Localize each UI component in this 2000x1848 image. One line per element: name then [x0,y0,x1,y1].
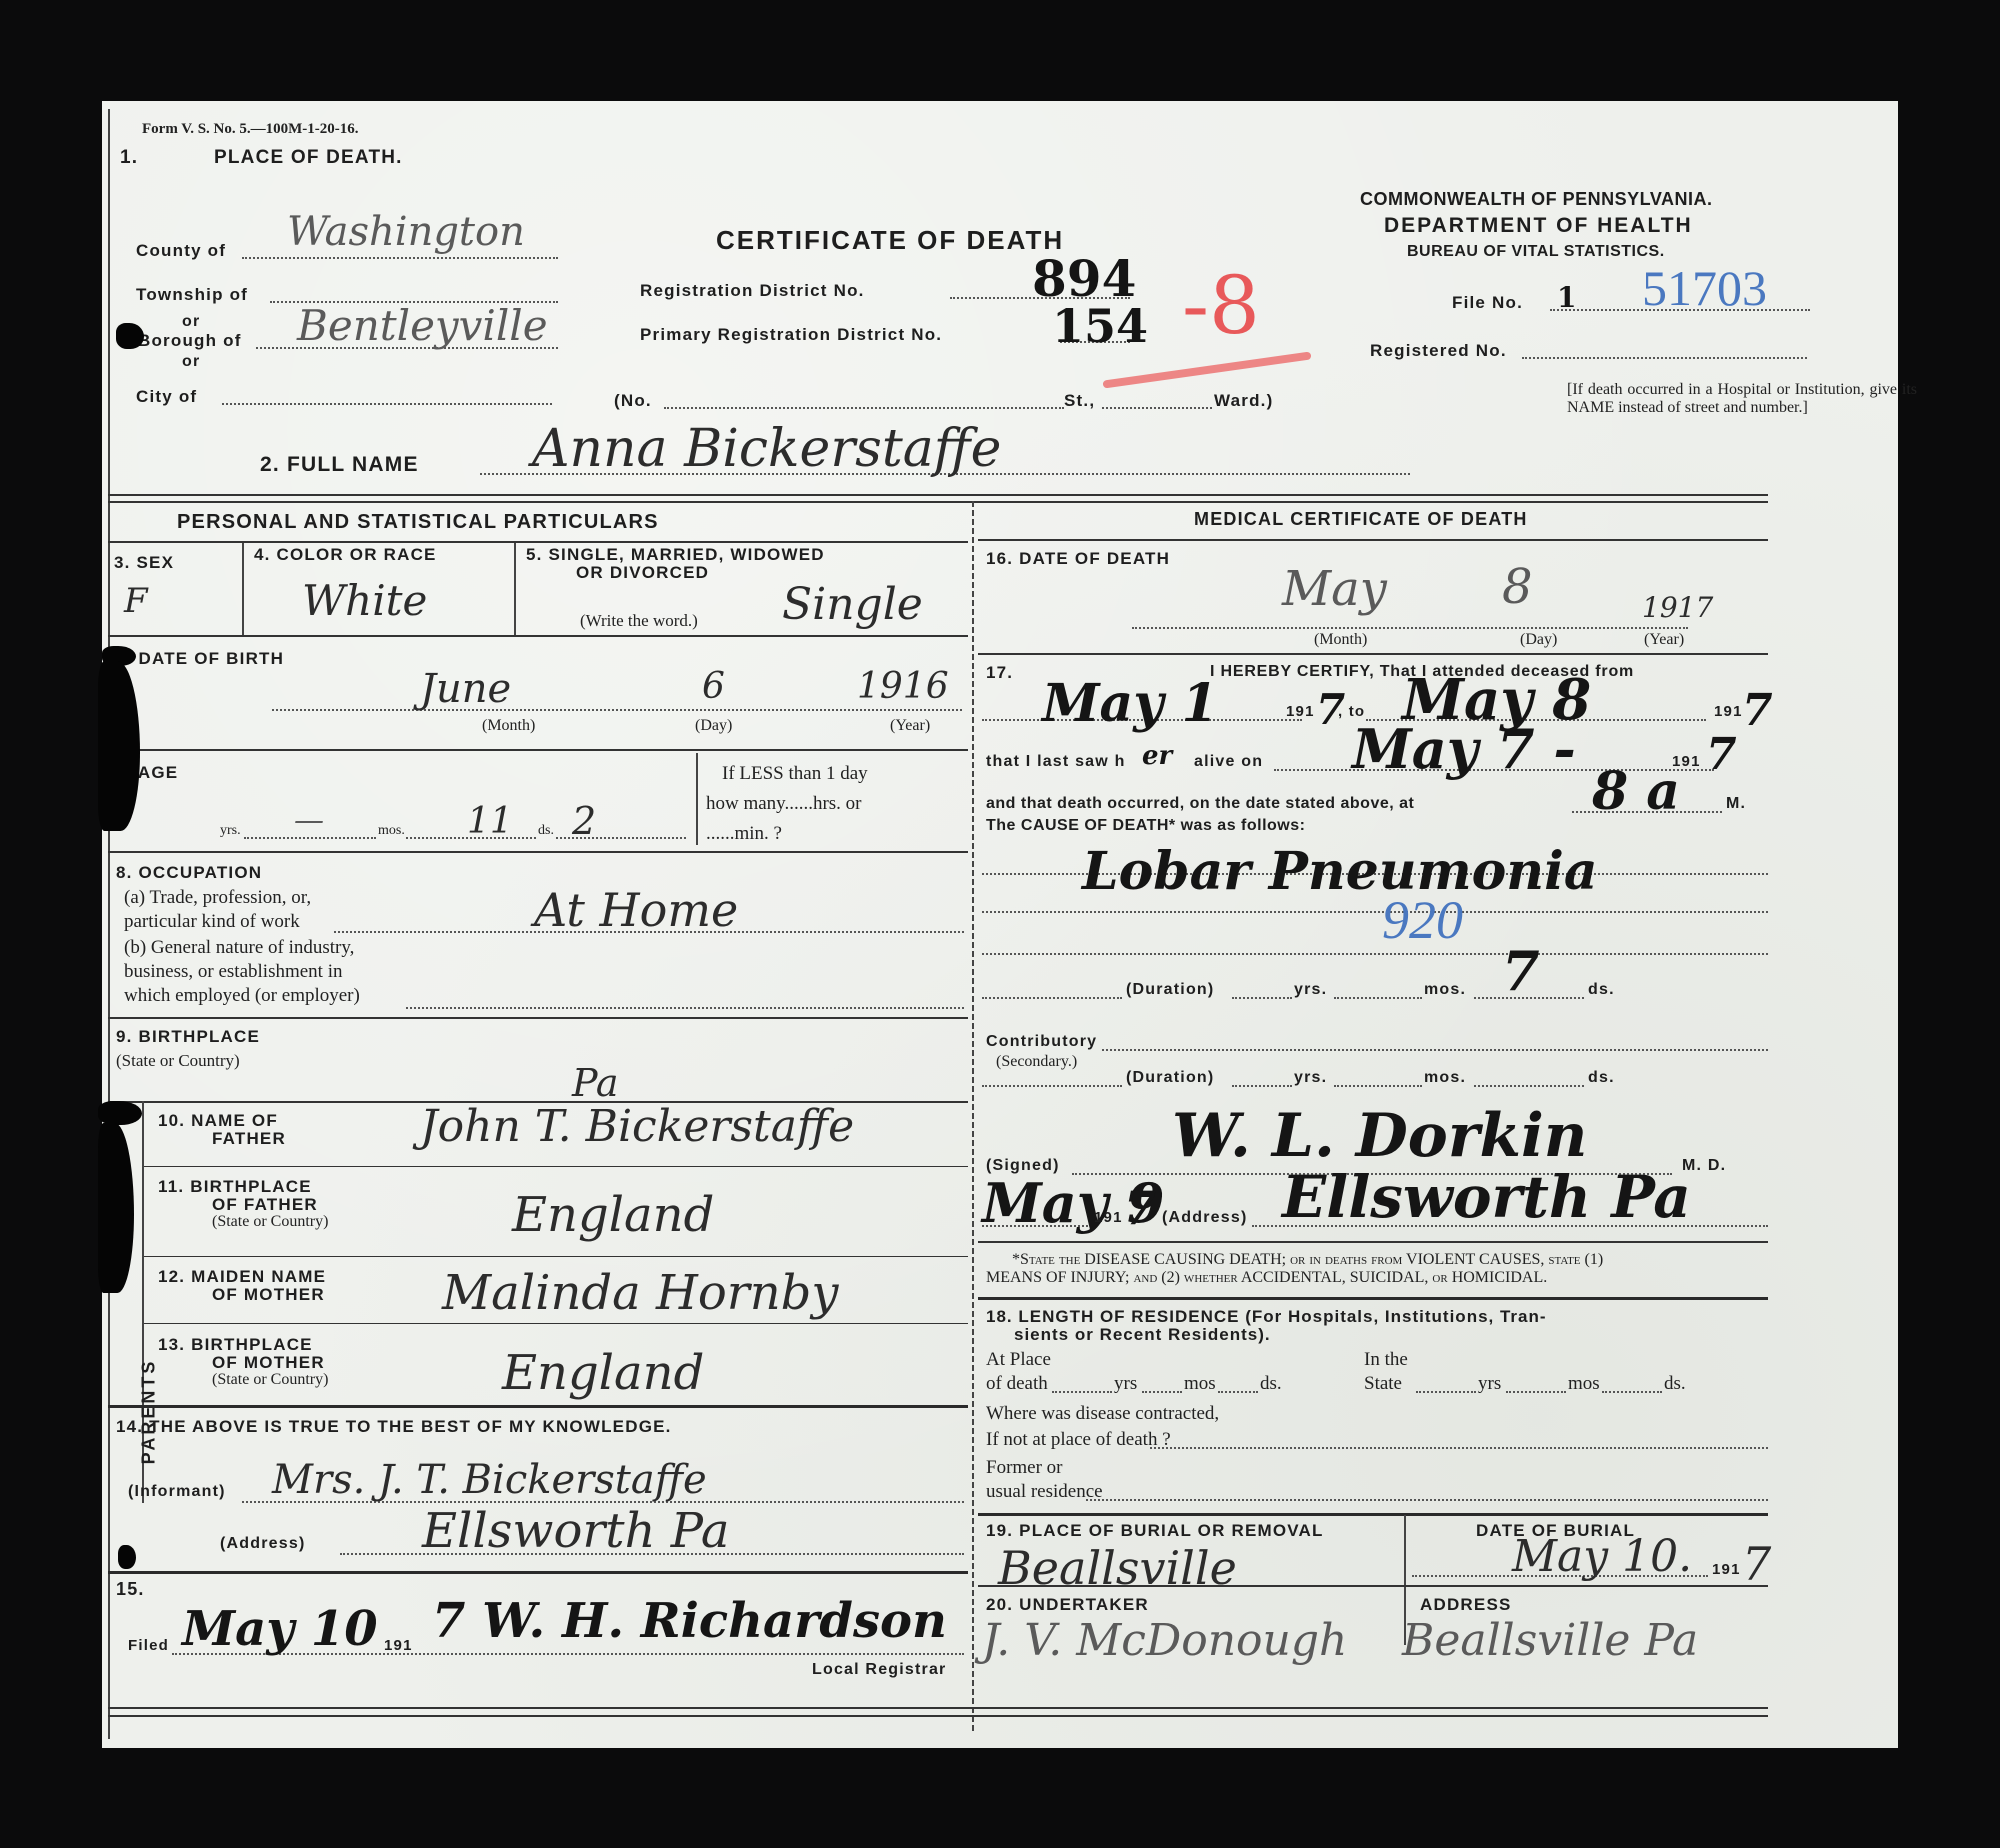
personal-particulars-heading: PERSONAL AND STATISTICAL PARTICULARS [177,511,659,534]
footnote-line-1: *State the DISEASE CAUSING DEATH; or in … [1012,1251,1603,1269]
race-value[interactable]: White [302,576,427,625]
mother-maiden-name-label-2: OF MOTHER [212,1285,325,1305]
binder-mark [98,661,140,831]
informant-label: (Informant) [128,1483,226,1501]
month-caption: (Month) [482,717,535,735]
county-label: County of [136,241,226,261]
parents-side-label: PARENTS [138,1359,159,1465]
death-certificate-page: Form V. S. No. 5.—100M-1-20-16. 1. PLACE… [102,101,1898,1748]
hospital-note: [If death occurred in a Hospital or Inst… [1567,381,1917,417]
contracted-label-2: If not at place of death ? [986,1429,1171,1451]
primary-district-label: Primary Registration District No. [640,325,942,345]
cause-of-death-value[interactable]: Lobar Pneumonia [1082,841,1598,902]
father-birthplace-label-2: OF FATHER [212,1195,318,1215]
mother-birthplace-label-2: OF MOTHER [212,1353,325,1373]
binder-mark [116,323,144,349]
alive-on-label: alive on [1194,753,1263,771]
registration-district-label: Registration District No. [640,281,865,301]
res-yrs-label: yrs [1478,1373,1501,1395]
father-name-value[interactable]: John T. Bickerstaffe [420,1101,854,1152]
m-label: M. [1726,795,1746,813]
city-label: City of [136,387,197,407]
mother-birthplace-value[interactable]: England [502,1345,704,1401]
marital-status-value[interactable]: Single [782,579,923,630]
occupation-label: 8. OCCUPATION [116,863,262,883]
registrar-signature[interactable]: 7 W. H. Richardson [432,1593,947,1649]
secondary-label: (Secondary.) [996,1053,1077,1071]
length-of-residence-label: 18. LENGTH OF RESIDENCE (For Hospitals, … [986,1307,1547,1327]
ward-label: Ward.) [1214,391,1273,411]
local-registrar-caption: Local Registrar [812,1661,946,1679]
address-no-label: (No. [614,391,652,411]
red-pencil-underline [1102,351,1311,388]
last-saw-pronoun[interactable]: er [1142,741,1172,771]
last-saw-year[interactable]: 7 [1706,729,1737,780]
certificate-title: CERTIFICATE OF DEATH [716,225,1064,256]
last-saw-label: that I last saw h [986,753,1126,771]
primary-district-value[interactable]: 154 [1052,299,1148,353]
mother-maiden-name-value[interactable]: Malinda Hornby [442,1265,838,1321]
residence-state-yrs-field[interactable] [1416,1391,1476,1393]
less-than-day-minutes: ......min. ? [706,823,782,845]
section-1-number: 1. [120,147,138,169]
mos-label: mos. [1424,1069,1466,1087]
file-number-stamp[interactable]: 51703 [1642,259,1767,317]
date-of-birth-label: 6. DATE OF BIRTH [116,649,284,669]
sex-label: 3. SEX [114,553,174,573]
filed-date-value[interactable]: May 10 [182,1601,378,1657]
employer-field[interactable] [406,1007,964,1009]
occupation-b-label-3: which employed (or employer) [124,985,360,1007]
undertaker-address-label: ADDRESS [1420,1595,1512,1615]
registered-number-field[interactable] [1522,357,1807,359]
undertaker-address-value[interactable]: Beallsville Pa [1402,1615,1698,1666]
dod-month-value[interactable]: May [1282,561,1387,617]
filed-section-number: 15. [116,1579,145,1600]
column-divider [972,501,974,1731]
agency-commonwealth: COMMONWEALTH OF PENNSYLVANIA. [1360,189,1712,210]
informant-heading: 14. THE ABOVE IS TRUE TO THE BEST OF MY … [116,1417,672,1437]
file-number-label: File No. [1452,293,1523,313]
death-time-label: and that death occurred, on the date sta… [986,795,1414,813]
res-ds-label: ds. [1260,1373,1282,1395]
or-label: or [182,313,200,331]
footnote-line-2: MEANS OF INJURY; and (2) whether ACCIDEN… [986,1269,1547,1287]
burial-date-value[interactable]: May 10. [1512,1531,1692,1582]
place-of-death-heading: PLACE OF DEATH. [214,147,403,169]
residence-state-mos-field[interactable] [1506,1391,1566,1393]
dob-month-value[interactable]: June [420,666,511,712]
dod-day-value[interactable]: 8 [1502,559,1533,615]
mother-maiden-name-label: 12. MAIDEN NAME [158,1267,326,1287]
dod-day-caption: (Day) [1520,631,1557,649]
death-time-value[interactable]: 8 a [1592,761,1680,822]
agency-department: DEPARTMENT OF HEALTH [1384,214,1693,238]
occupation-value[interactable]: At Home [534,883,738,937]
race-label: 4. COLOR OR RACE [254,545,437,565]
occupation-a-label-2: particular kind of work [124,911,300,933]
birthplace-label: 9. BIRTHPLACE [116,1027,260,1047]
father-birthplace-label: 11. BIRTHPLACE [158,1177,312,1197]
undertaker-value[interactable]: J. V. McDonough [982,1615,1347,1666]
attended-to-year[interactable]: 7 [1742,685,1773,736]
left-border-line [108,109,110,1739]
birthplace-hint: (State or Country) [116,1051,240,1071]
borough-label: Borough of [138,331,242,351]
father-birthplace-hint: (State or Country) [212,1213,328,1231]
informant-address-label: (Address) [220,1535,305,1553]
father-birthplace-value[interactable]: England [512,1187,714,1243]
ds-label: ds. [1588,981,1615,999]
day-caption: (Day) [695,717,732,735]
full-name-label: 2. FULL NAME [260,453,419,477]
mother-birthplace-hint: (State or Country) [212,1371,328,1389]
res-yrs-label: yrs [1114,1373,1137,1395]
former-residence-field[interactable] [1086,1499,1768,1501]
year-caption: (Year) [890,717,930,735]
undertaker-label: 20. UNDERTAKER [986,1595,1149,1615]
res-mos-label: mos [1568,1373,1600,1395]
res-ds-label: ds. [1664,1373,1686,1395]
township-label: Township of [136,285,248,305]
at-place-label: At Place [986,1349,1051,1371]
residence-place-yrs-field[interactable] [1052,1391,1112,1393]
yrs-label: yrs. [1294,1069,1327,1087]
binder-mark [98,1101,142,1125]
residence-state-ds-field[interactable] [1602,1391,1662,1393]
cause-of-death-label: The CAUSE OF DEATH* was as follows: [986,817,1305,835]
age-months-value[interactable]: 11 [467,801,513,842]
informant-address-value[interactable]: Ellsworth Pa [422,1503,730,1559]
residence-place-mos-field[interactable] [1142,1391,1182,1393]
in-the-label: In the [1364,1349,1408,1371]
father-name-label: 10. NAME OF [158,1111,278,1131]
street-label: St., [1064,391,1095,411]
registered-number-label: Registered No. [1370,341,1507,361]
attended-from-value[interactable]: May 1 [1042,673,1218,734]
filed-label: Filed [128,1637,169,1654]
contributory-field[interactable] [1102,1049,1768,1051]
county-value[interactable]: Washington [287,209,525,255]
year-prefix: 191 [1094,1209,1123,1226]
sex-value[interactable]: F [124,581,148,621]
file-number-prefix: 1 [1557,281,1576,314]
less-than-day-hours: how many......hrs. or [706,793,862,815]
age-yrs-label: yrs. [220,823,241,839]
birthplace-value[interactable]: Pa [572,1061,619,1105]
dob-day-value[interactable]: 6 [702,666,725,707]
dod-month-caption: (Month) [1314,631,1367,649]
marital-status-label-2: OR DIVORCED [576,563,709,583]
street-address-field[interactable] [664,407,1064,409]
res-mos-label: mos [1184,1373,1216,1395]
age-ds-label: ds. [538,823,554,839]
physician-signature[interactable]: W. L. Dorkin [1172,1101,1587,1171]
ward-field[interactable] [1102,407,1212,409]
agency-bureau: BUREAU OF VITAL STATISTICS. [1407,243,1665,261]
ds-label: ds. [1588,1069,1615,1087]
borough-value[interactable]: Bentleyville [297,301,548,350]
certify-section-number: 17. [986,663,1013,683]
signed-year[interactable]: 7 [1124,1181,1156,1235]
age-years-value[interactable]: — [294,803,324,838]
length-of-residence-label-2: sients or Recent Residents). [1014,1325,1271,1345]
yrs-label: yrs. [1294,981,1327,999]
contributory-label: Contributory [986,1033,1097,1051]
contracted-label: Where was disease contracted, [986,1403,1219,1425]
burial-place-label: 19. PLACE OF BURIAL OR REMOVAL [986,1521,1324,1541]
age-mos-label: mos. [378,823,405,839]
binder-mark [98,1123,134,1293]
year-prefix: 191 [1714,703,1743,720]
informant-value[interactable]: Mrs. J. T. Bickerstaffe [272,1457,707,1503]
less-than-day-note: If LESS than 1 day [722,763,868,785]
date-of-death-label: 16. DATE OF DEATH [986,549,1170,569]
occupation-b-label-2: business, or establishment in [124,961,342,983]
duration-days-value[interactable]: 7 [1502,939,1540,1003]
year-prefix: 191 [1712,1561,1741,1578]
duration-label: (Duration) [1126,981,1214,999]
age-days-value[interactable]: 2 [572,799,596,843]
physician-address-value[interactable]: Ellsworth Pa [1282,1163,1691,1231]
physician-address-label: (Address) [1162,1209,1247,1227]
former-residence-label: Former or [986,1457,1063,1479]
occupation-b-label: (b) General nature of industry, [124,937,354,959]
last-saw-date-value[interactable]: May 7 - [1352,717,1576,781]
filed-year-prefix: 191 [384,1637,413,1654]
father-name-label-2: FATHER [212,1129,286,1149]
full-name-value[interactable]: Anna Bickerstaffe [532,419,1001,479]
marital-status-label: 5. SINGLE, MARRIED, WIDOWED [526,545,825,565]
dob-year-value[interactable]: 1916 [857,666,949,707]
dod-year-caption: (Year) [1644,631,1684,649]
mos-label: mos. [1424,981,1466,999]
cause-code-annotation: 920 [1382,889,1463,951]
disease-contracted-field[interactable] [1150,1447,1768,1449]
residence-place-ds-field[interactable] [1218,1391,1258,1393]
dod-year-value[interactable]: 1917 [1642,591,1713,624]
duration-label: (Duration) [1126,1069,1214,1087]
state-label: State [1364,1373,1402,1395]
medical-certificate-heading: MEDICAL CERTIFICATE OF DEATH [1194,509,1528,530]
year-prefix: 191 [1286,703,1315,720]
marital-hint: (Write the word.) [580,611,698,631]
or-label: or [182,353,200,371]
form-number: Form V. S. No. 5.—100M-1-20-16. [142,121,359,138]
of-death-label: of death [986,1373,1048,1395]
mother-birthplace-label: 13. BIRTHPLACE [158,1335,313,1355]
red-pencil-annotation: -8 [1182,259,1260,352]
binder-mark [118,1545,136,1569]
burial-year[interactable]: 7 [1742,1537,1771,1591]
city-field[interactable] [222,403,552,405]
occupation-a-label: (a) Trade, profession, or, [124,887,311,909]
